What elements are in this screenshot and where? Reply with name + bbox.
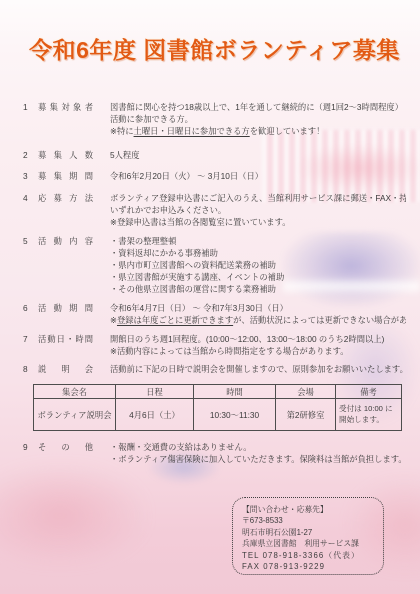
section-label: その他 [38,441,93,453]
contact-organization: 兵庫県立図書館 利用サービス課 [242,538,376,549]
section-content: 図書館に関心を持つ18歳以上で、1年を通して継続的に（週1回2～3時間程度） 活… [110,101,406,137]
section-activity-hours: 7 活動日・時間 開館日のうち週1回程度。(10:00～12:00、13:00～… [23,333,406,357]
text-line: ※活動内容によっては当館から時間指定をする場合があります。 [110,345,406,357]
flyer-content: 令和6年度 図書館ボランティア募集 1 募集対象者 図書館に関心を持つ18歳以上… [0,0,420,465]
text-line: ・ボランティア傷害保険に加入していただきます。保険料は当館が負担します。 [110,453,406,465]
section-number: 6 [23,302,38,314]
text-line: ※登録は年度ごとに更新できますが、活動状況によっては更新できない場合があります。 [110,314,406,326]
cell-time: 10:30～11:30 [194,399,276,431]
contact-tel: TEL 078-918-3366（代表） [242,550,376,561]
text-line: 令和6年4月7日（日） ～ 令和7年3月30日（日） [110,302,406,314]
text-line: ※特に土曜日・日曜日に参加できる方を歓迎しています！ [110,125,406,137]
text-line: 活動に参加できる方。 [110,113,406,125]
section-label: 説明会 [38,363,93,375]
section-number: 8 [23,363,38,375]
text-line: いずれかでお申込みください。 [110,204,406,216]
section-label: 活動内容 [38,235,93,247]
section-label: 募集人数 [38,149,93,161]
section-content: ・書架の整理整頓 ・資料返却にかかる事務補助 ・県内市町立図書館への資料配送業務… [110,235,406,295]
column-header-time: 時間 [194,385,276,399]
contact-heading: 【問い合わせ・応募先】 [242,504,376,515]
section-content: 活動前に下記の日時で説明会を開催しますので、原則参加をお願いいたします。 [110,363,406,375]
text-line: ・資料返却にかかる事務補助 [110,247,406,259]
text-line: ・県内市町立図書館への資料配送業務の補助 [110,259,406,271]
section-content: 令和6年2月20日（火） ～ 3月10日（日） [110,170,406,182]
text-line: ・県立図書館が実施する講座、イベントの補助 [110,271,406,283]
cell-venue: 第2研修室 [276,399,336,431]
text-line: 5人程度 [110,149,406,161]
section-number: 7 [23,333,38,345]
text-line: ・書架の整理整頓 [110,235,406,247]
text-line: ・その他県立図書館の運営に関する業務補助 [110,283,406,295]
contact-fax: FAX 078-913-9229 [242,561,376,572]
section-number: 4 [23,192,38,204]
column-header-remarks: 備考 [336,385,402,399]
cell-date: 4月6日（土） [116,399,194,431]
section-label: 活動期間 [38,302,93,314]
text-line: 開館日のうち週1回程度。(10:00～12:00、13:00～18:00 のうち… [110,333,406,345]
page-title: 令和6年度 図書館ボランティア募集 [23,32,406,65]
section-content: ・報酬・交通費の支給はありません。 ・ボランティア傷害保険に加入していただきます… [110,441,406,465]
section-content: 令和6年4月7日（日） ～ 令和7年3月30日（日） ※登録は年度ごとに更新でき… [110,302,406,326]
section-label: 募集対象者 [38,101,93,113]
section-applicants: 1 募集対象者 図書館に関心を持つ18歳以上で、1年を通して継続的に（週1回2～… [23,101,406,137]
cell-remarks: 受付は 10:00 に開始します。 [336,399,402,431]
section-number: 3 [23,170,38,182]
section-briefing: 8 説明会 活動前に下記の日時で説明会を開催しますので、原則参加をお願いいたしま… [23,363,406,375]
text-line: 図書館に関心を持つ18歳以上で、1年を通して継続的に（週1回2～3時間程度） [110,101,406,113]
section-content: ボランティア登録申込書にご記入のうえ、当館利用サービス課に郵送・FAX・持参の … [110,192,406,228]
briefing-session-table: 集会名 日程 時間 会場 備考 ボランティア説明会 4月6日（土） 10:30～… [33,384,402,431]
background-photo-flower-blob-left [0,465,145,565]
text-line: ・報酬・交通費の支給はありません。 [110,441,406,453]
section-label: 活動日・時間 [38,333,93,345]
section-number: 1 [23,101,38,113]
text-line: 活動前に下記の日時で説明会を開催しますので、原則参加をお願いいたします。 [110,363,406,375]
table-row: ボランティア説明会 4月6日（土） 10:30～11:30 第2研修室 受付は … [34,399,402,431]
section-content: 開館日のうち週1回程度。(10:00～12:00、13:00～18:00 のうち… [110,333,406,357]
section-recruitment-period: 3 募集期間 令和6年2月20日（火） ～ 3月10日（日） [23,170,406,182]
contact-postal-code: 〒673-8533 [242,515,376,526]
column-header-venue: 会場 [276,385,336,399]
section-activity-period: 6 活動期間 令和6年4月7日（日） ～ 令和7年3月30日（日） ※登録は年度… [23,302,406,326]
section-content: 5人程度 [110,149,406,161]
section-activities: 5 活動内容 ・書架の整理整頓 ・資料返却にかかる事務補助 ・県内市町立図書館へ… [23,235,406,295]
section-number: 5 [23,235,38,247]
text-line: ボランティア登録申込書にご記入のうえ、当館利用サービス課に郵送・FAX・持参の [110,192,406,204]
column-header-date: 日程 [116,385,194,399]
text-line: ※登録申込書は当館の各閲覧室に置いています。 [110,216,406,228]
table-header-row: 集会名 日程 時間 会場 備考 [34,385,402,399]
section-number: 2 [23,149,38,161]
section-number: 9 [23,441,38,453]
contact-address: 明石市明石公園1-27 [242,527,376,538]
section-others: 9 その他 ・報酬・交通費の支給はありません。 ・ボランティア傷害保険に加入して… [23,441,406,465]
section-label: 応募方法 [38,192,93,204]
section-headcount: 2 募集人数 5人程度 [23,149,406,161]
contact-box: 【問い合わせ・応募先】 〒673-8533 明石市明石公園1-27 兵庫県立図書… [232,497,384,575]
section-how-to-apply: 4 応募方法 ボランティア登録申込書にご記入のうえ、当館利用サービス課に郵送・F… [23,192,406,228]
section-label: 募集期間 [38,170,93,182]
cell-meeting-name: ボランティア説明会 [34,399,116,431]
column-header-meeting: 集会名 [34,385,116,399]
volunteer-recruitment-flyer: 令和6年度 図書館ボランティア募集 1 募集対象者 図書館に関心を持つ18歳以上… [0,0,420,594]
text-line: 令和6年2月20日（火） ～ 3月10日（日） [110,170,406,182]
